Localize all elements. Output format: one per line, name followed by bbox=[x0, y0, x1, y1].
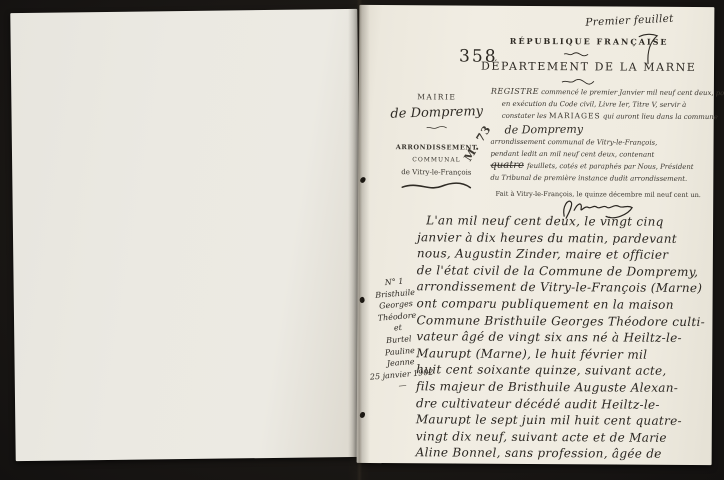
act-line: huit cent soixante quinze, suivant acte, bbox=[416, 362, 714, 380]
margin-annotation: N° 1BristhuileGeorgesThéodoreetBurtelPau… bbox=[360, 274, 437, 395]
act-line: Maurupt le sept juin mil huit cent quatr… bbox=[416, 411, 714, 429]
act-line: de l'état civil de la Commune de Domprem… bbox=[417, 262, 715, 280]
text-segment: commencé le premier Janvier mil neuf cen… bbox=[539, 88, 724, 97]
binding-hole bbox=[359, 412, 365, 419]
act-line: Aline Bonnel, sans profession, âgée de bbox=[416, 445, 714, 463]
act-line: arrondissement de Vitry-le-François (Mar… bbox=[417, 279, 715, 297]
quatre-fill-handwritten: quatre bbox=[490, 160, 524, 171]
text-segment: constater les bbox=[502, 112, 549, 120]
act-line: dre cultivateur décédé audit Heiltz-le- bbox=[416, 395, 714, 413]
binding-hole bbox=[359, 176, 366, 183]
republique-francaise-heading: RÉPUBLIQUE FRANÇAISE bbox=[489, 36, 689, 47]
act-line: ont comparu publiquement en la maison bbox=[417, 295, 715, 313]
act-line: Maurupt (Marne), le huit février mil bbox=[416, 345, 714, 363]
text-segment: qui auront lieu dans la commune bbox=[601, 112, 718, 121]
ornament-rule bbox=[563, 51, 589, 57]
mariages-word: MARIAGES bbox=[549, 111, 601, 120]
left-blank-page bbox=[10, 9, 362, 461]
text-line: du Tribunal de première instance dudit a… bbox=[490, 172, 716, 185]
act-line: nous, Augustin Zinder, maire et officier bbox=[417, 245, 715, 263]
ornament-rule bbox=[561, 78, 595, 85]
ornament-rule bbox=[426, 125, 448, 130]
act-line: L'an mil neuf cent deux, le vingt cinq bbox=[417, 212, 715, 230]
commune-fill-handwritten: de Dompremy bbox=[491, 121, 717, 138]
marriage-act-text: L'an mil neuf cent deux, le vingt cinqja… bbox=[416, 212, 716, 463]
act-line: janvier à dix heures du matin, pardevant bbox=[417, 229, 715, 247]
act-line: fils majeur de Bristhuile Auguste Alexan… bbox=[416, 378, 714, 396]
scanned-register-photo: Premier feuillet RÉPUBLIQUE FRANÇAISE 35… bbox=[0, 0, 724, 480]
mairie-commune-handwritten: de Dompremy bbox=[381, 104, 493, 122]
registre-word: REGISTRE bbox=[491, 87, 539, 96]
departement-heading: DÉPARTEMENT DE LA MARNE bbox=[481, 60, 691, 74]
ink-flourish bbox=[399, 180, 473, 192]
vitry-le-francois-label: de Vitry-le-François bbox=[380, 168, 492, 177]
register-preamble: REGISTRE commencé le premier Janvier mil… bbox=[490, 86, 717, 185]
act-line: Commune Bristhuile Georges Théodore cult… bbox=[416, 312, 714, 330]
act-line: vingt dix neuf, suivant acte et de Marie bbox=[416, 428, 714, 446]
right-register-page: Premier feuillet RÉPUBLIQUE FRANÇAISE 35… bbox=[357, 5, 715, 465]
handwritten-folio-note: Premier feuillet bbox=[585, 11, 715, 29]
corner-pencil-mark: 1 bbox=[653, 450, 658, 459]
mairie-label: MAIRIE bbox=[381, 92, 493, 102]
act-line: vateur âgé de vingt six ans né à Heiltz-… bbox=[416, 328, 714, 346]
text-segment: feuillets, cotés et paraphés par Nous, P… bbox=[527, 162, 694, 171]
